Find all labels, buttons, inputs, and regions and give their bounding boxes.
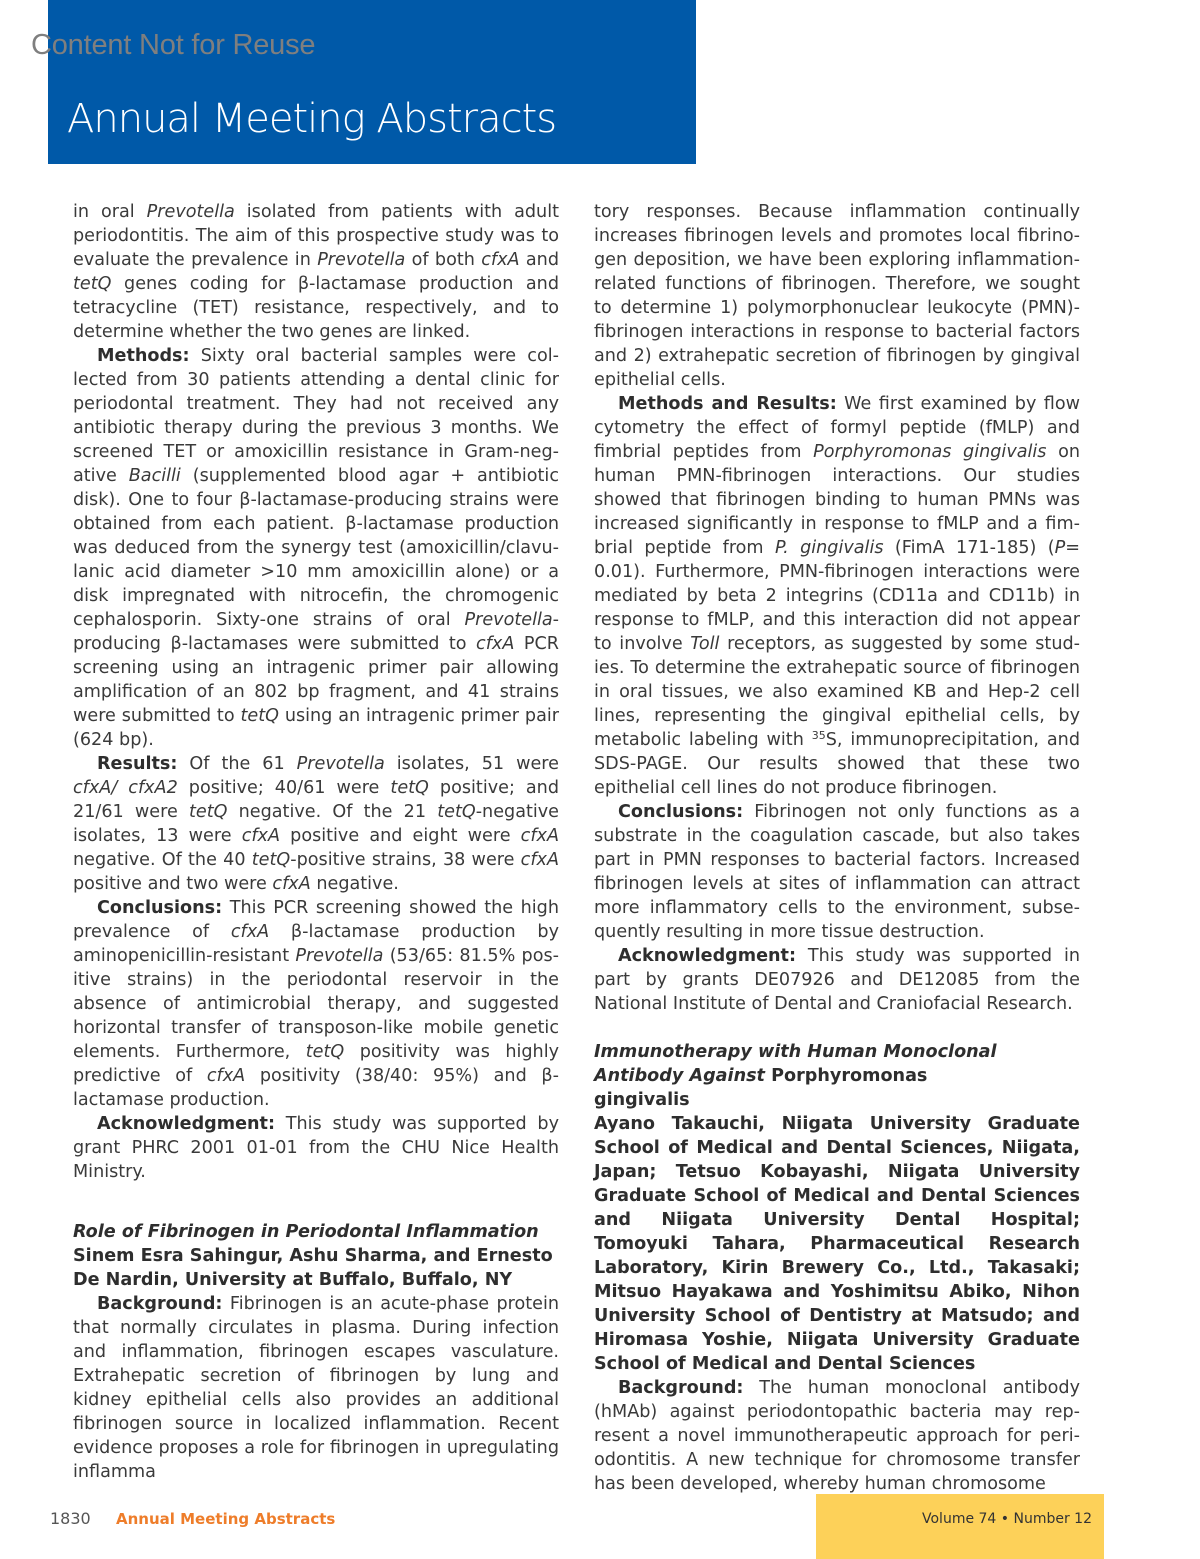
background-paragraph: Background: Fibrinogen is an acute-phase… xyxy=(73,1292,559,1484)
methods-label: Methods: xyxy=(97,346,190,366)
left-column: in oral Prevotella isolated from patient… xyxy=(73,200,559,1484)
results-paragraph: Results: Of the 61 Prevotella isolates, … xyxy=(73,752,559,896)
background-paragraph: Background: The human monoclonal antibod… xyxy=(594,1376,1080,1496)
conclusions-label: Conclusions: xyxy=(618,802,743,822)
background-label: Background: xyxy=(97,1294,222,1314)
right-column: tory responses. Because inflammation con… xyxy=(594,200,1080,1496)
background-label: Background: xyxy=(618,1378,743,1398)
methods-results-label: Methods and Results: xyxy=(618,394,837,414)
section-title: Annual Meeting Abstracts xyxy=(67,96,556,142)
abstract-authors: Ayano Takauchi, Niigata University Gradu… xyxy=(594,1112,1080,1376)
methods-results-paragraph: Methods and Results: We first examined b… xyxy=(594,392,1080,800)
acknowledgment-label: Acknowledgment: xyxy=(618,946,796,966)
conclusions-paragraph: Conclusions: This PCR screening showed t… xyxy=(73,896,559,1112)
page-number: 1830 xyxy=(50,1509,91,1528)
abstract-title: Role of Fibrinogen in Periodontal Inflam… xyxy=(73,1220,559,1244)
abstract-intro-continued: in oral Prevotella isolated from patient… xyxy=(73,200,559,344)
issue-box: Volume 74 • Number 12 xyxy=(816,1494,1104,1559)
issue-label: Volume 74 • Number 12 xyxy=(922,1511,1092,1527)
acknowledgment-paragraph: Acknowledgment: This study was supported… xyxy=(594,944,1080,1016)
acknowledgment-paragraph: Acknowledgment: This study was supported… xyxy=(73,1112,559,1184)
conclusions-label: Conclusions: xyxy=(97,898,222,918)
methods-paragraph: Methods: Sixty oral bacterial samples we… xyxy=(73,344,559,752)
watermark: Content Not for Reuse xyxy=(31,29,315,62)
abstract-authors: Sinem Esra Sahingur, Ashu Sharma, and Er… xyxy=(73,1244,559,1292)
conclusions-paragraph: Conclusions: Fibrinogen not only functio… xyxy=(594,800,1080,944)
background-continued: tory responses. Because inflammation con… xyxy=(594,200,1080,392)
abstract-title: Immunotherapy with Human Monoclonal Anti… xyxy=(594,1040,1014,1112)
results-label: Results: xyxy=(97,754,177,774)
acknowledgment-label: Acknowledgment: xyxy=(97,1114,275,1134)
footer-section-label: Annual Meeting Abstracts xyxy=(116,1510,335,1528)
